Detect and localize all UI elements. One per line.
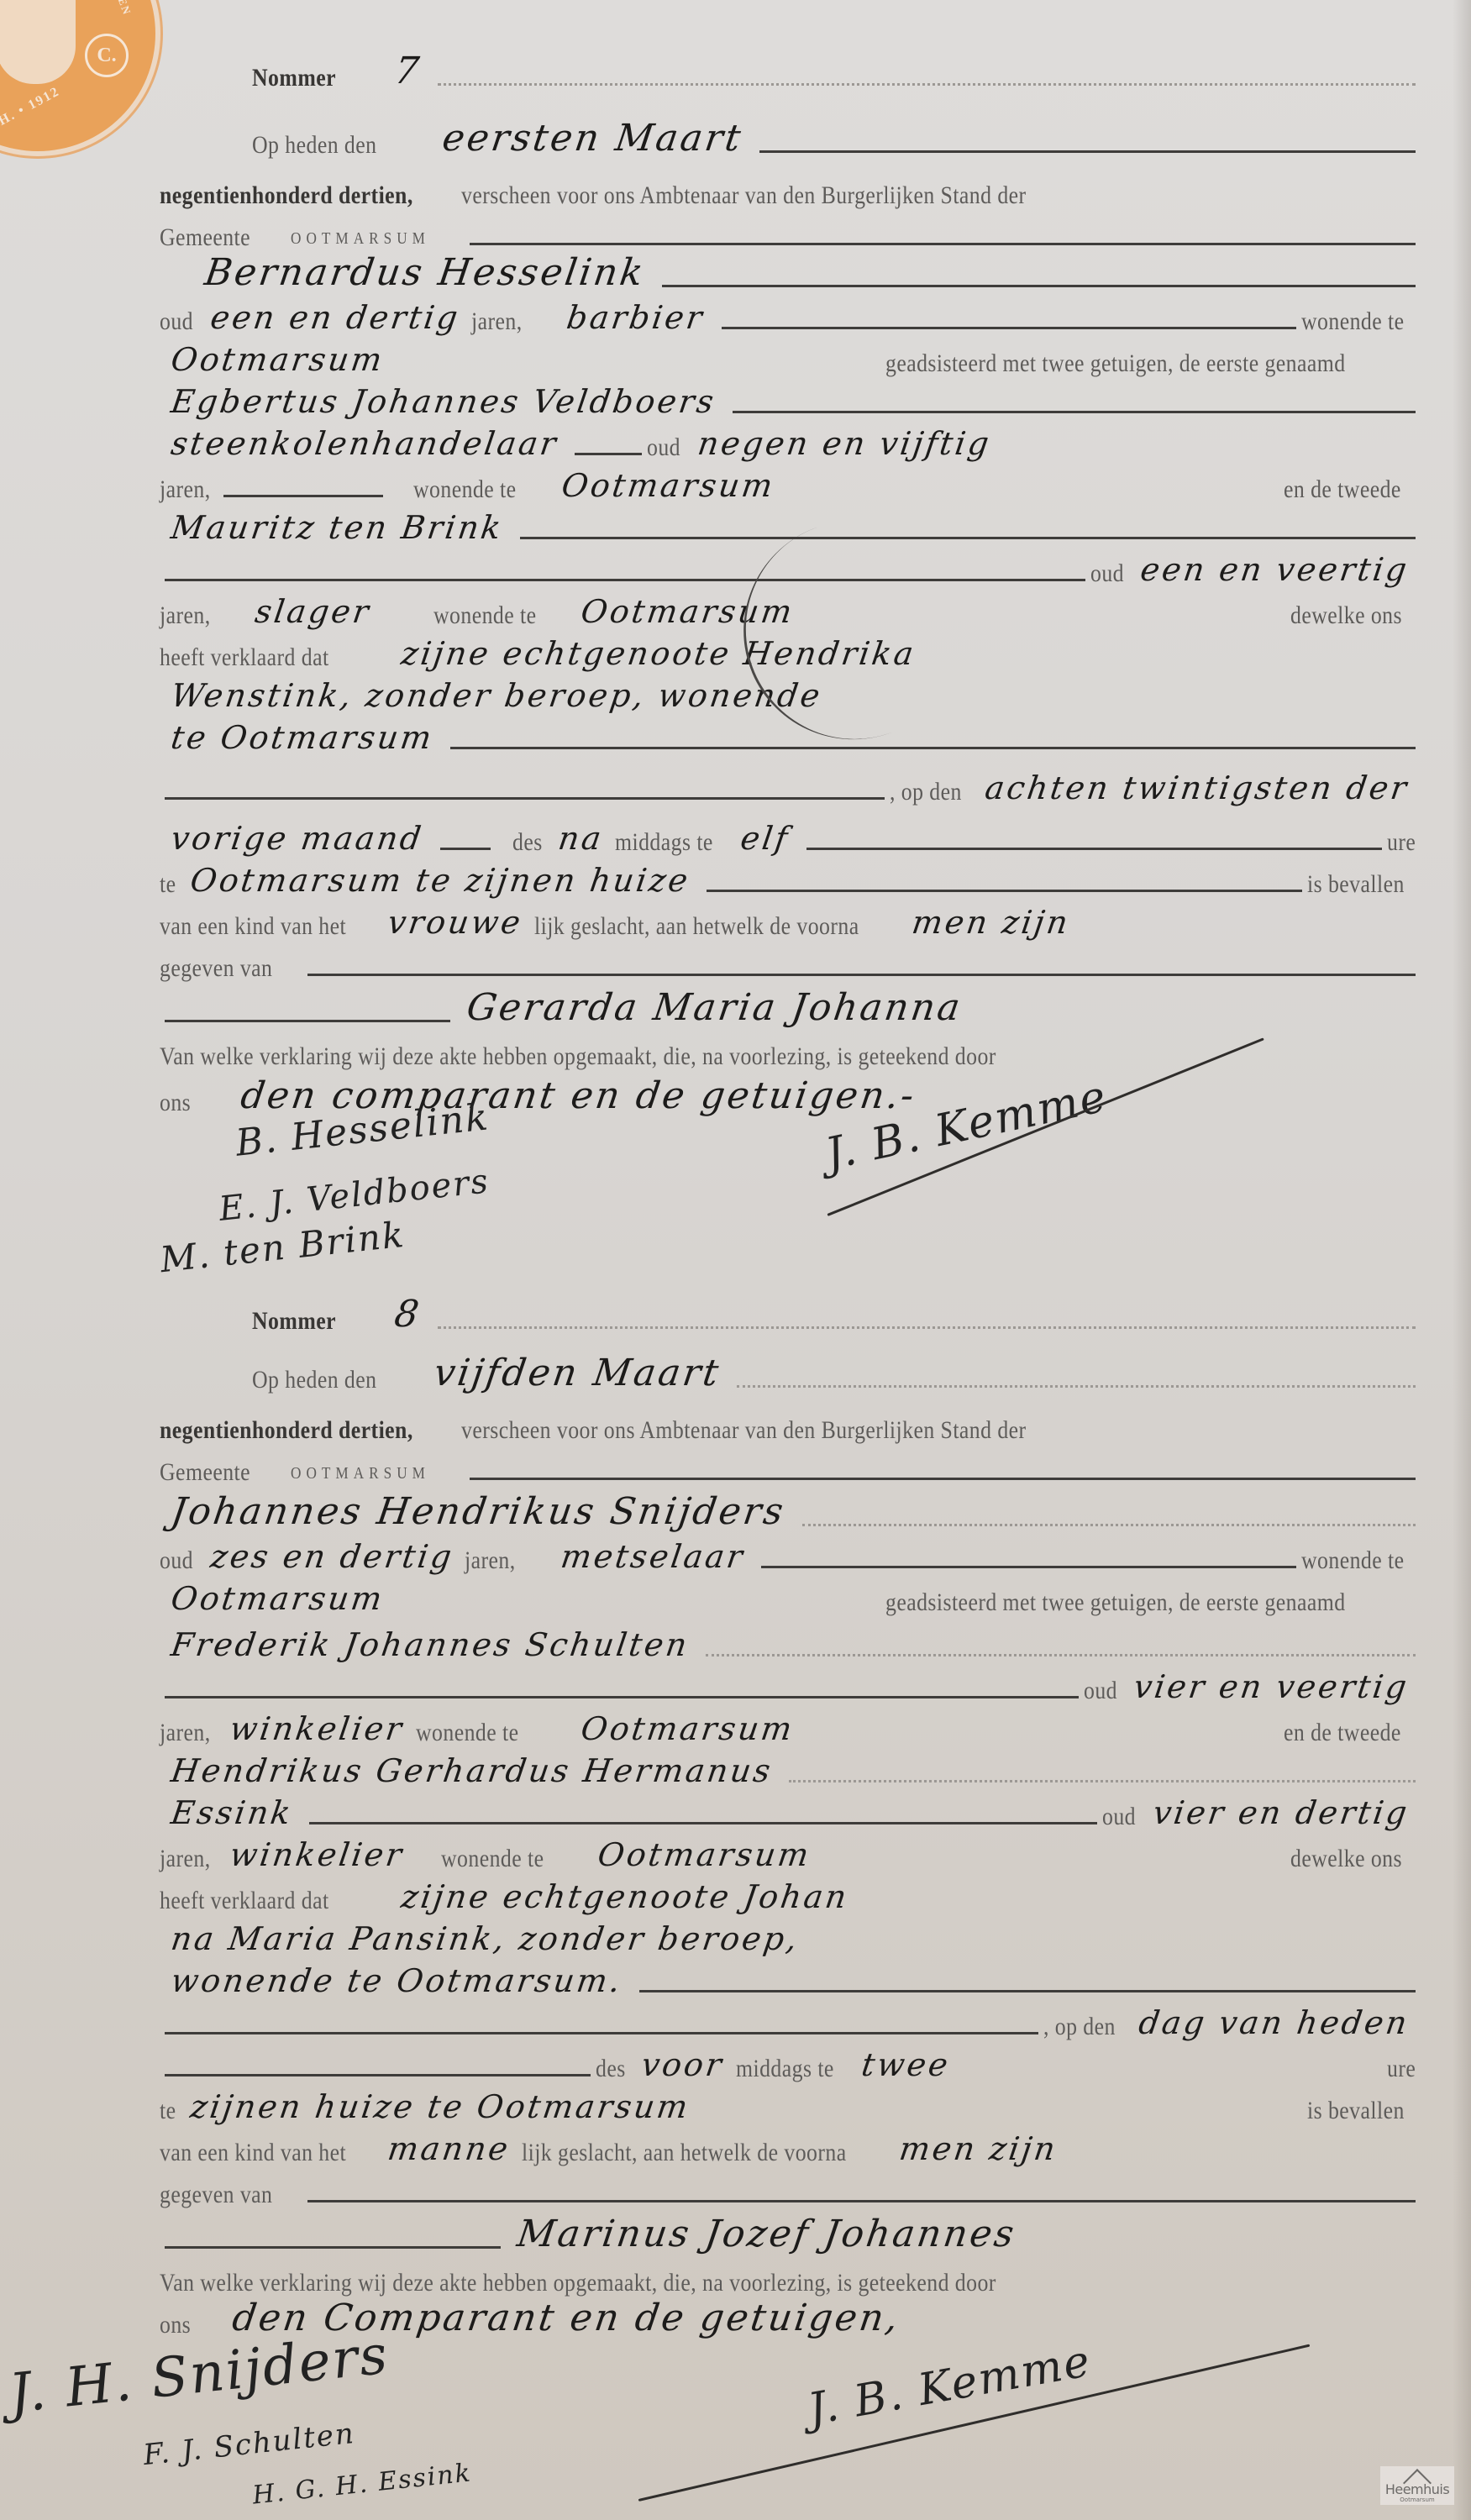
signature-witness2: H. G. H. Essink (251, 2458, 473, 2510)
signature-witness2: M. ten Brink (158, 1214, 407, 1280)
watermark-place: Ootmarsum (1400, 2496, 1434, 2503)
residence-line: Ootmarsum geadsisteerd met twee getuigen… (160, 1567, 1421, 1617)
nommer-line: Nommer 8 (252, 1285, 1421, 1336)
gemeente-value: OOTMARSUM (291, 1464, 430, 1483)
ons-label: ons (160, 2311, 191, 2339)
signature-official: J. B. Kemme (804, 2336, 1095, 2435)
stamp-year: H. • 1912 (0, 84, 63, 129)
filler-line (759, 150, 1416, 153)
stamp-letter: C. (85, 34, 129, 77)
signature-witness1: F. J. Schulten (142, 2417, 357, 2472)
declarant-residence: Ootmarsum (157, 1580, 398, 1617)
filler-line (307, 974, 1416, 976)
dotted-line (438, 83, 1416, 86)
statement-3: te Ootmarsum (157, 719, 448, 756)
nommer-value: 7 (381, 50, 436, 92)
closing-line: Van welke verklaring wij deze akte hebbe… (160, 1021, 1421, 1071)
ons-label: ons (160, 1089, 191, 1117)
filler-line (307, 2200, 1416, 2202)
stamp-side-text: EN (115, 0, 134, 18)
nommer-line: Nommer 7 (252, 42, 1421, 92)
dotted-line (737, 1385, 1416, 1388)
date-value: eersten Maart (428, 117, 757, 160)
filler-line (165, 797, 885, 800)
revenue-stamp: C. H. • 1912 EN (0, 0, 155, 151)
gegeven-line: gegeven van (160, 932, 1421, 983)
heemhuis-watermark: Heemhuis Ootmarsum (1380, 2466, 1454, 2505)
birth-date-line: , op den achten twintigsten der (160, 756, 1421, 806)
op-den-label: , op den (890, 778, 962, 806)
op-heden-label: Op heden den (252, 1366, 376, 1394)
coat-of-arms-icon (0, 0, 76, 84)
date-value: vijfden Maart (419, 1352, 735, 1394)
dotted-line (438, 1326, 1416, 1329)
document-page: C. H. • 1912 EN Nommer 7 Op heden den ee… (0, 0, 1471, 2520)
birth-day: achten twintigsten der (971, 769, 1423, 806)
nommer-label: Nommer (252, 64, 336, 92)
nommer-label: Nommer (252, 1307, 336, 1336)
date-line: Op heden den eersten Maart (252, 109, 1421, 160)
signed-by: den comparant en de getuigen.- (227, 1074, 931, 1117)
page-edge-shadow (1453, 0, 1471, 2520)
filler-line (450, 747, 1416, 749)
op-heden-label: Op heden den (252, 131, 376, 160)
date-line: Op heden den vijfden Maart (252, 1344, 1421, 1394)
filler-line (470, 1478, 1416, 1480)
nommer-value: 8 (381, 1293, 436, 1336)
gegeven-line: gegeven van (160, 2159, 1421, 2209)
gemeente-line: Gemeente OOTMARSUM (160, 1436, 1421, 1487)
